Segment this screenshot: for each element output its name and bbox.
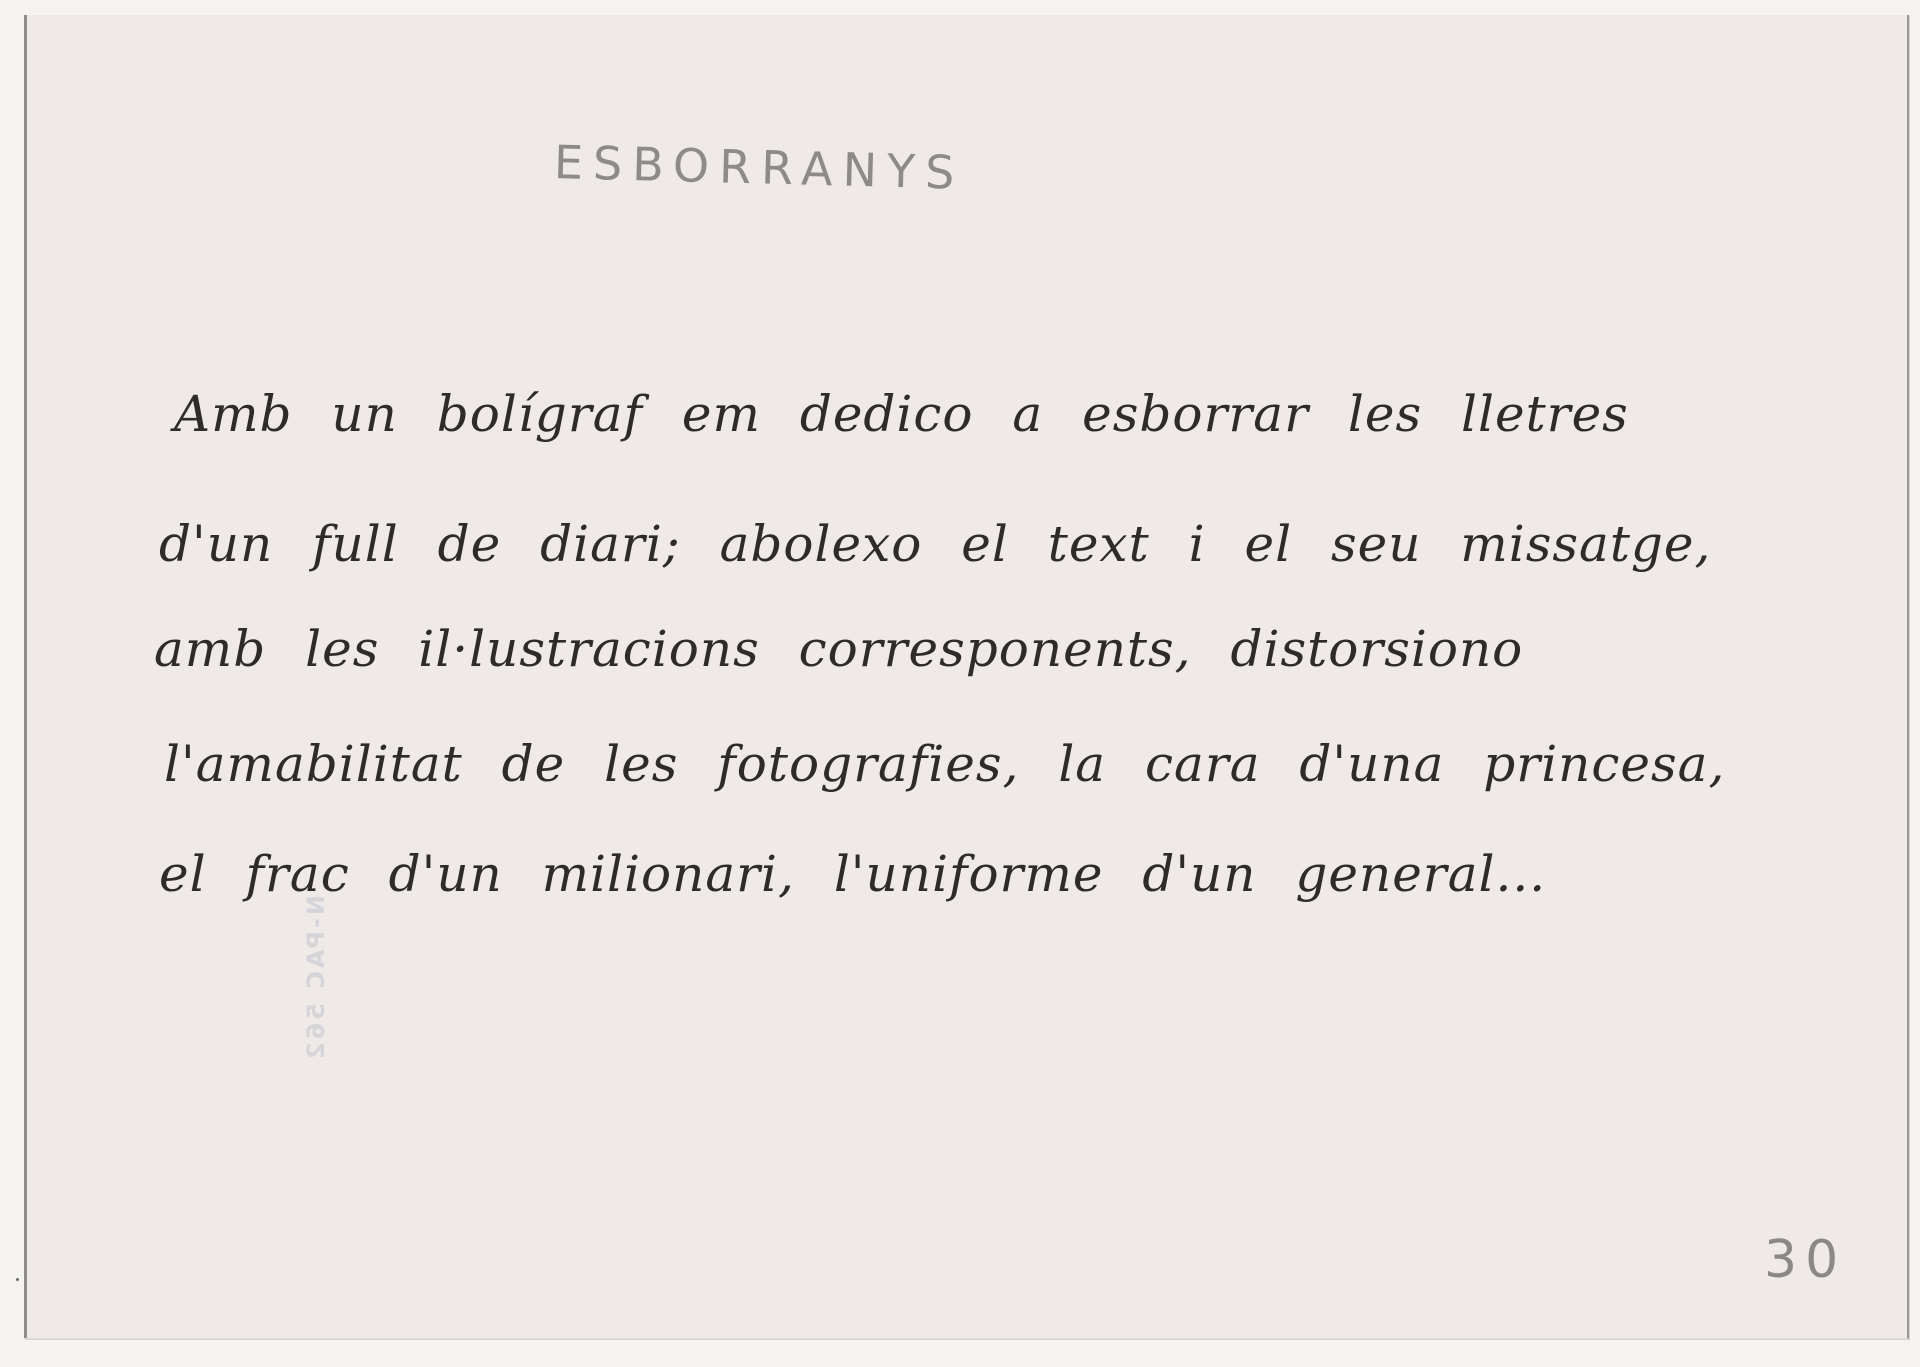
- manuscript-page: ESBORRANYS Amb un bolígraf em dedico a e…: [24, 15, 1909, 1339]
- bleed-through-stamp: N-PAC 562: [302, 895, 330, 1065]
- text-line-1: Amb un bolígraf em dedico a esborrar les…: [174, 385, 1629, 443]
- text-line-4: l'amabilitat de les fotografies, la cara…: [164, 735, 1725, 793]
- scan-speck: [16, 1278, 19, 1281]
- page-title: ESBORRANYS: [553, 135, 965, 200]
- text-line-3: amb les il·lustracions corresponents, di…: [154, 620, 1523, 678]
- text-line-5: el frac d'un milionari, l'uniforme d'un …: [159, 845, 1546, 903]
- text-line-2: d'un full de diari; abolexo el text i el…: [159, 515, 1711, 573]
- page-number: 30: [1764, 1230, 1846, 1290]
